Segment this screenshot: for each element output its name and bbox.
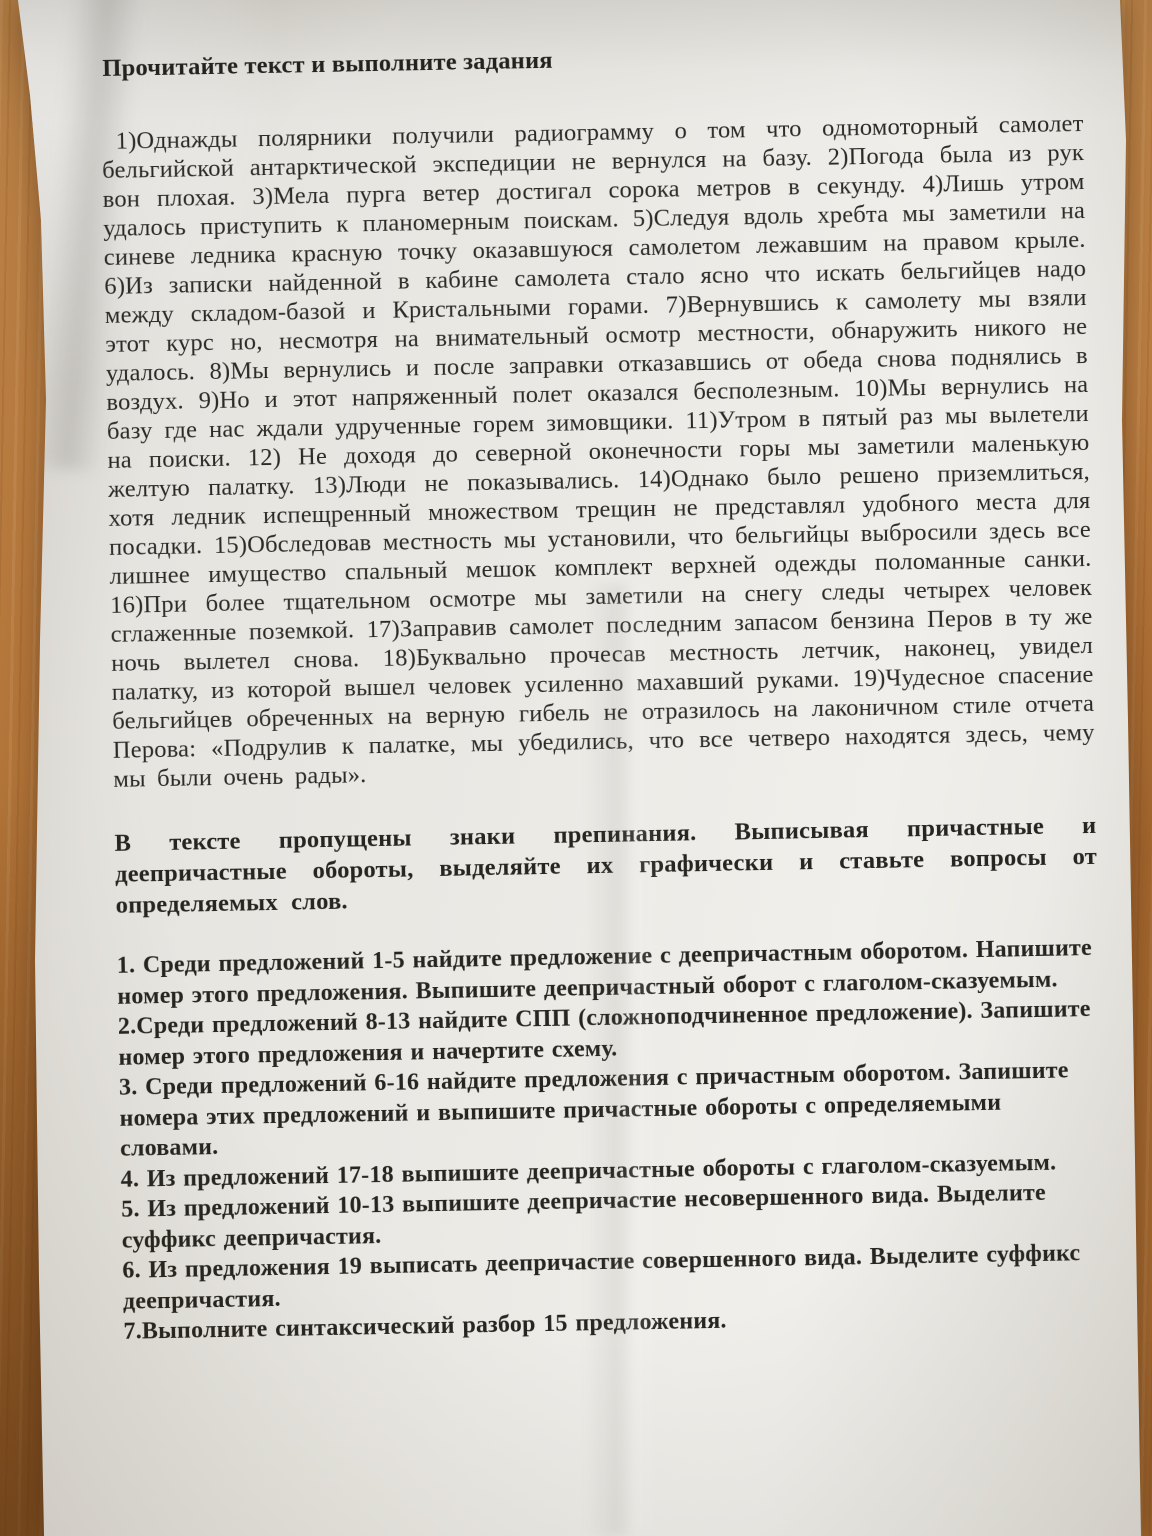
paper-sheet-wrapper: Прочитайте текст и выполните задания 1)О… <box>0 0 1152 1536</box>
reading-text: 1)Однажды полярники получили радиограмму… <box>101 109 1095 794</box>
task-item-3: 3. Среди предложений 6-16 найдите предло… <box>119 1055 1103 1164</box>
task-list: 1. Среди предложений 1-5 найдите предлож… <box>117 933 1106 1347</box>
page-title: Прочитайте текст и выполните задания <box>102 37 1082 83</box>
instruction-text: В тексте пропущены знаки препинания. Вып… <box>114 810 1098 921</box>
worksheet-content: Прочитайте текст и выполните задания 1)О… <box>100 37 1106 1347</box>
paper-sheet: Прочитайте текст и выполните задания 1)О… <box>0 0 1152 1536</box>
